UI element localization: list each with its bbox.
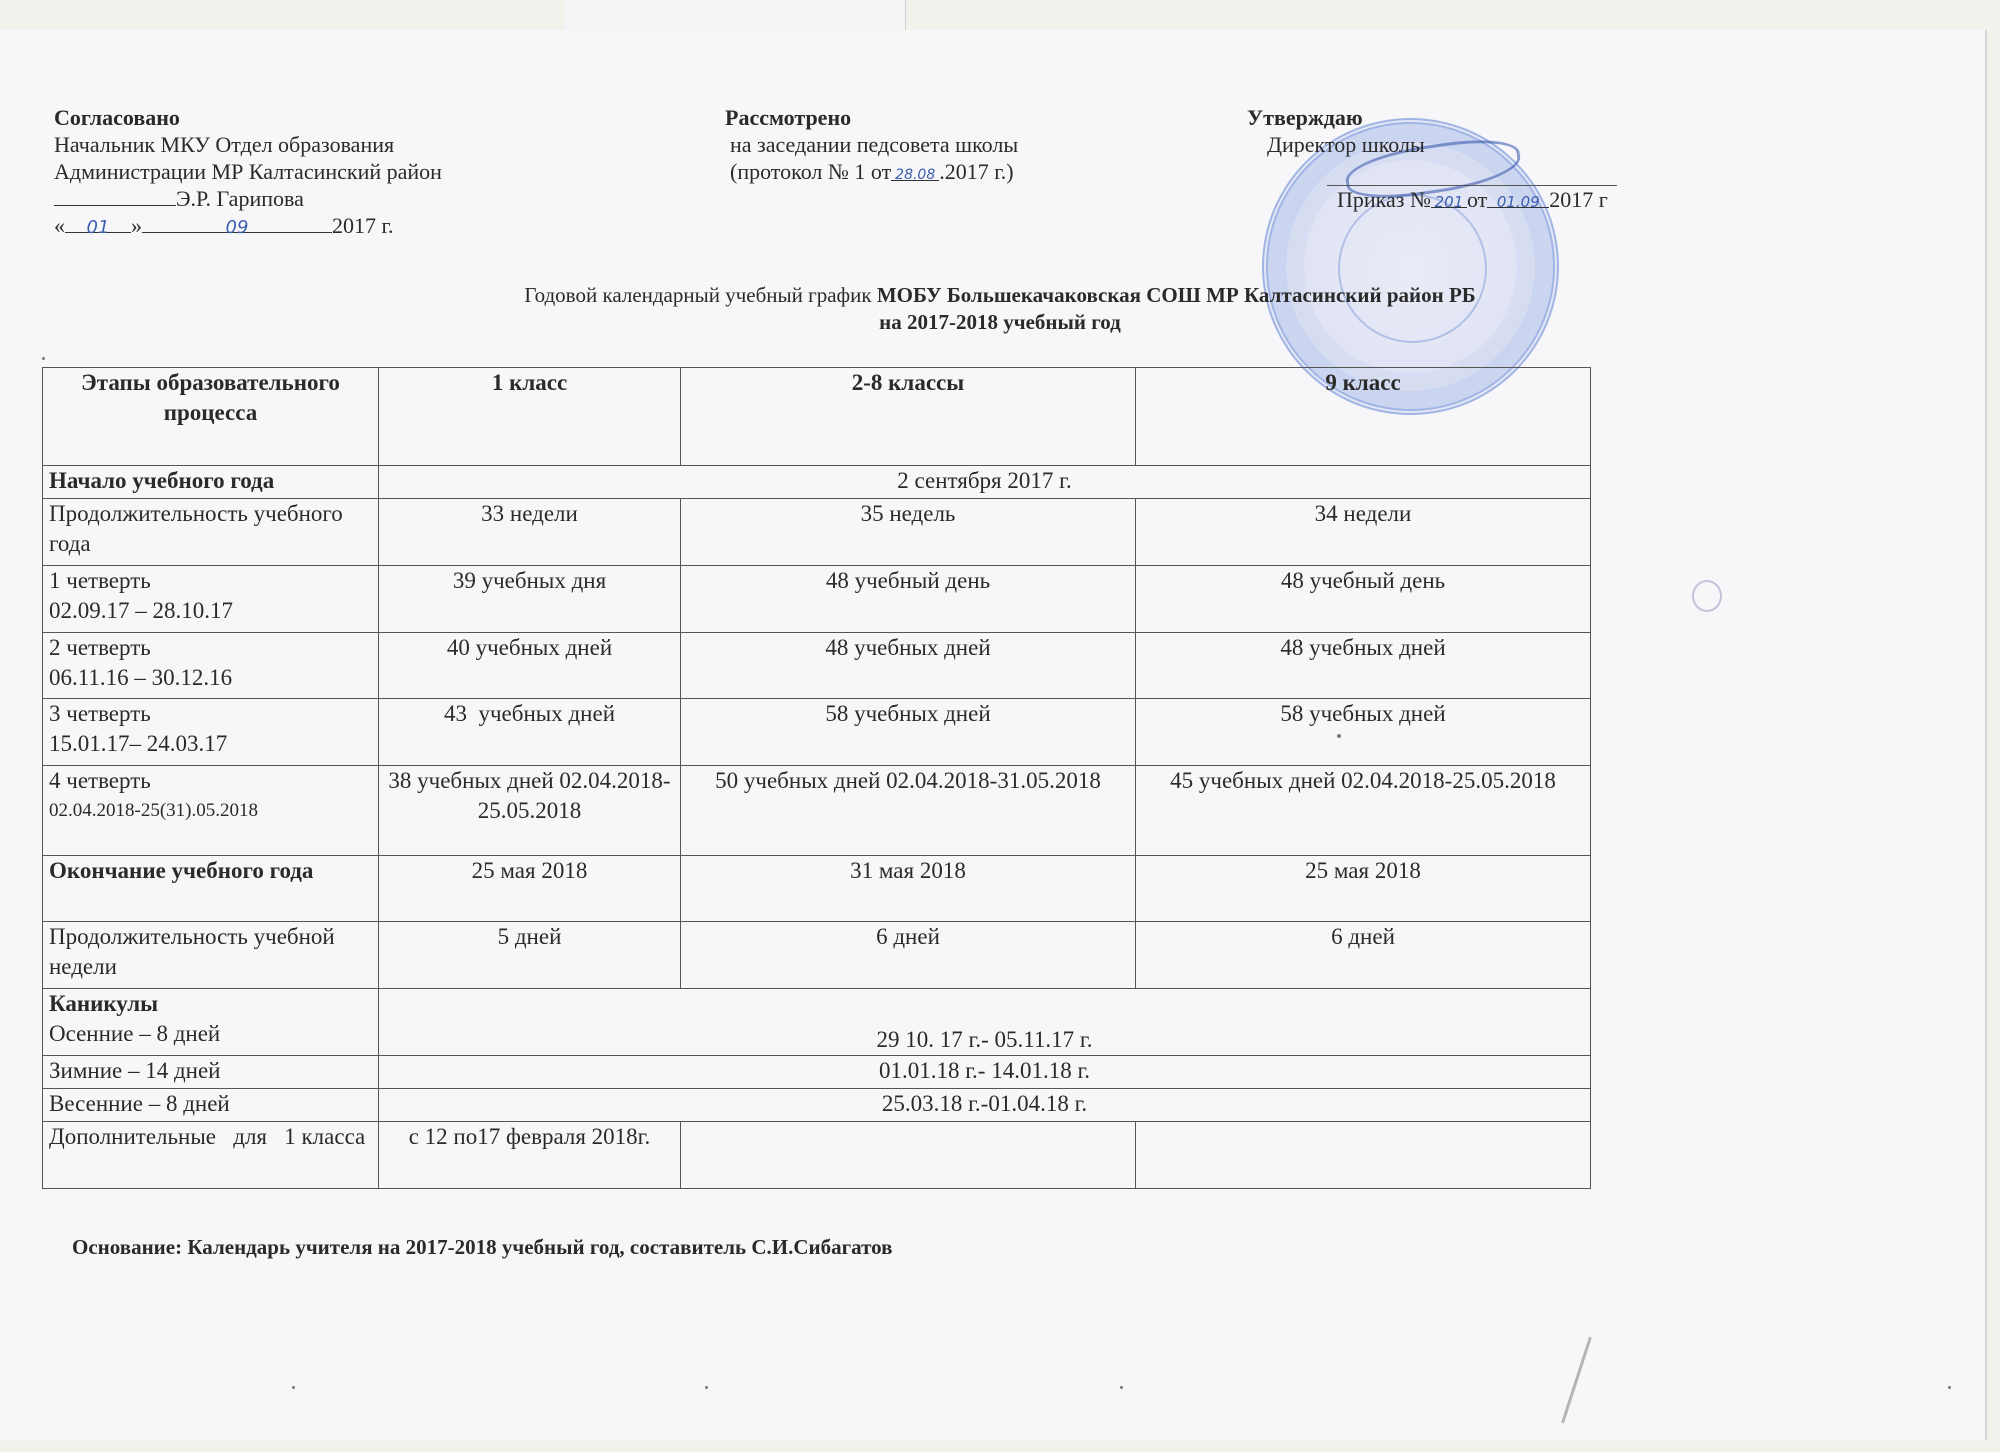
quarter-label: 2 четверть	[49, 633, 372, 663]
stray-dot	[42, 357, 45, 360]
table-row: 4 четверть02.04.2018-25(31).05.2018 38 у…	[43, 766, 1591, 856]
order-mid: от	[1467, 187, 1487, 212]
table-row: Начало учебного года 2 сентября 2017 г.	[43, 466, 1591, 499]
table-row: КаникулыОсенние – 8 дней 29 10. 17 г.- 0…	[43, 989, 1591, 1056]
holidays-heading: Каникулы	[49, 989, 372, 1019]
agreed-date-year: 2017 г.	[332, 213, 394, 238]
quote-close: »	[131, 213, 142, 238]
document-title-line-2: на 2017-2018 учебный год	[0, 309, 2000, 336]
cell-value: 45 учебных дней 02.04.2018-25.05.2018	[1136, 766, 1591, 856]
start-date-value: 2 сентября 2017 г.	[379, 466, 1591, 499]
cell-value: 58 учебных дней	[1136, 699, 1591, 766]
row-label-holidays-autumn: КаникулыОсенние – 8 дней	[43, 989, 379, 1056]
cell-value: 25 мая 2018	[1136, 856, 1591, 922]
row-label-end: Окончание учебного года	[43, 856, 379, 922]
agreed-signer: Э.Р. Гарипова	[176, 186, 304, 211]
protocol-date: 28.08	[891, 162, 939, 181]
cell-value: 6 дней	[1136, 922, 1591, 989]
reviewed-heading: Рассмотрено	[725, 104, 1018, 131]
table-row: Окончание учебного года 25 мая 2018 31 м…	[43, 856, 1591, 922]
order-line: Приказ №201от01.092017 г	[1247, 186, 1617, 213]
table-row: Зимние – 14 дней 01.01.18 г.- 14.01.18 г…	[43, 1056, 1591, 1089]
order-suffix: 2017 г	[1549, 187, 1608, 212]
reviewed-line-1: на заседании педсовета школы	[725, 131, 1018, 158]
stray-dot	[1120, 1386, 1123, 1389]
cell-value: 48 учебный день	[1136, 566, 1591, 633]
table-row: Продолжительность учебного года 33 недел…	[43, 499, 1591, 566]
signature-line	[1327, 158, 1617, 186]
table-row: Весенние – 8 дней 25.03.18 г.-01.04.18 г…	[43, 1089, 1591, 1122]
header-grade-1: 1 класс	[379, 368, 681, 466]
cell-value: 31 мая 2018	[681, 856, 1136, 922]
approval-agreed-block: Согласовано Начальник МКУ Отдел образова…	[54, 104, 442, 239]
cell-value	[1136, 1122, 1591, 1189]
table-row: Дополнительные для 1 класса с 12 по17 фе…	[43, 1122, 1591, 1189]
protocol-prefix: (протокол № 1 от	[730, 159, 891, 184]
cell-value: 38 учебных дней 02.04.2018-25.05.2018	[379, 766, 681, 856]
table-header-row: Этапы образовательного процесса 1 класс …	[43, 368, 1591, 466]
agreed-line-1: Начальник МКУ Отдел образования	[54, 131, 442, 158]
cell-value: 33 недели	[379, 499, 681, 566]
signature-blank	[54, 187, 176, 206]
row-label-holidays-winter: Зимние – 14 дней	[43, 1056, 379, 1089]
autumn-holiday-dates: 29 10. 17 г.- 05.11.17 г.	[379, 989, 1591, 1056]
spring-holiday-dates: 25.03.18 г.-01.04.18 г.	[379, 1089, 1591, 1122]
cell-value: 6 дней	[681, 922, 1136, 989]
quarter-label: 1 четверть	[49, 566, 372, 596]
protocol-suffix: .2017 г.)	[939, 159, 1013, 184]
stray-dot	[1337, 734, 1341, 738]
reviewed-protocol-line: (протокол № 1 от28.08.2017 г.)	[725, 158, 1018, 185]
footer-basis-note: Основание: Календарь учителя на 2017-201…	[72, 1235, 892, 1260]
row-label-quarter-1: 1 четверть02.09.17 – 28.10.17	[43, 566, 379, 633]
cell-value: 43 учебных дней	[379, 699, 681, 766]
row-label-quarter-3: 3 четверть15.01.17– 24.03.17	[43, 699, 379, 766]
row-label-quarter-2: 2 четверть06.11.16 – 30.12.16	[43, 633, 379, 699]
cell-value: 34 недели	[1136, 499, 1591, 566]
approved-line-1: Директор школы	[1247, 131, 1617, 158]
title-school-name: МОБУ Большекачаковская СОШ МР Калтасинск…	[877, 283, 1476, 307]
quarter-dates: 15.01.17– 24.03.17	[49, 729, 372, 759]
table-row: Продолжительность учебной недели 5 дней …	[43, 922, 1591, 989]
cell-value: с 12 по17 февраля 2018г.	[379, 1122, 681, 1189]
quote-open: «	[54, 213, 65, 238]
winter-holiday-dates: 01.01.18 г.- 14.01.18 г.	[379, 1056, 1591, 1089]
pen-mark	[1692, 580, 1722, 612]
cell-value: 50 учебных дней 02.04.2018-31.05.2018	[681, 766, 1136, 856]
agreed-heading: Согласовано	[54, 104, 442, 131]
approved-heading: Утверждаю	[1247, 104, 1617, 131]
header-grade-9: 9 класс	[1136, 368, 1591, 466]
order-date: 01.09	[1487, 189, 1549, 208]
stray-dot	[1948, 1386, 1951, 1389]
quarter-dates: 06.11.16 – 30.12.16	[49, 663, 372, 693]
cell-value: 58 учебных дней	[681, 699, 1136, 766]
table-row: 1 четверть02.09.17 – 28.10.17 39 учебных…	[43, 566, 1591, 633]
quarter-label: 3 четверть	[49, 699, 372, 729]
order-prefix: Приказ №	[1337, 187, 1431, 212]
header-stages: Этапы образовательного процесса	[43, 368, 379, 466]
cell-value: 48 учебный день	[681, 566, 1136, 633]
cell-value: 40 учебных дней	[379, 633, 681, 699]
title-part-1: Годовой календарный учебный график	[524, 283, 877, 307]
cell-value: 5 дней	[379, 922, 681, 989]
row-label-holidays-spring: Весенние – 8 дней	[43, 1089, 379, 1122]
quarter-dates: 02.04.2018-25(31).05.2018	[49, 796, 372, 826]
document-title-line-1: Годовой календарный учебный график МОБУ …	[0, 282, 2000, 309]
cell-value: 39 учебных дня	[379, 566, 681, 633]
quarter-label: 4 четверть	[49, 766, 372, 796]
agreed-date-month: 09	[142, 214, 332, 233]
row-label-extra-holidays: Дополнительные для 1 класса	[43, 1122, 379, 1189]
cell-value: 25 мая 2018	[379, 856, 681, 922]
holiday-label: Осенние – 8 дней	[49, 1019, 372, 1049]
row-label-quarter-4: 4 четверть02.04.2018-25(31).05.2018	[43, 766, 379, 856]
agreed-date-day: 01	[65, 214, 131, 233]
agreed-date-line: «01»092017 г.	[54, 212, 442, 239]
table-row: 2 четверть06.11.16 – 30.12.16 40 учебных…	[43, 633, 1591, 699]
agreed-line-2: Администрации МР Калтасинский район	[54, 158, 442, 185]
cell-value	[681, 1122, 1136, 1189]
scan-paper-tab	[565, 0, 906, 32]
order-number: 201	[1431, 189, 1467, 208]
row-label-week: Продолжительность учебной недели	[43, 922, 379, 989]
cell-value: 48 учебных дней	[1136, 633, 1591, 699]
stray-dot	[705, 1386, 708, 1389]
schedule-table: Этапы образовательного процесса 1 класс …	[42, 367, 1591, 1189]
approval-approved-block: Утверждаю Директор школы Приказ №201от01…	[1247, 104, 1617, 213]
row-label-start: Начало учебного года	[43, 466, 379, 499]
stray-dot	[292, 1386, 295, 1389]
row-label-year-duration: Продолжительность учебного года	[43, 499, 379, 566]
cell-value: 48 учебных дней	[681, 633, 1136, 699]
agreed-signer-line: Э.Р. Гарипова	[54, 185, 442, 212]
table-row: 3 четверть15.01.17– 24.03.17 43 учебных …	[43, 699, 1591, 766]
quarter-dates: 02.09.17 – 28.10.17	[49, 596, 372, 626]
approval-reviewed-block: Рассмотрено на заседании педсовета школы…	[725, 104, 1018, 185]
header-grades-2-8: 2-8 классы	[681, 368, 1136, 466]
cell-value: 35 недель	[681, 499, 1136, 566]
